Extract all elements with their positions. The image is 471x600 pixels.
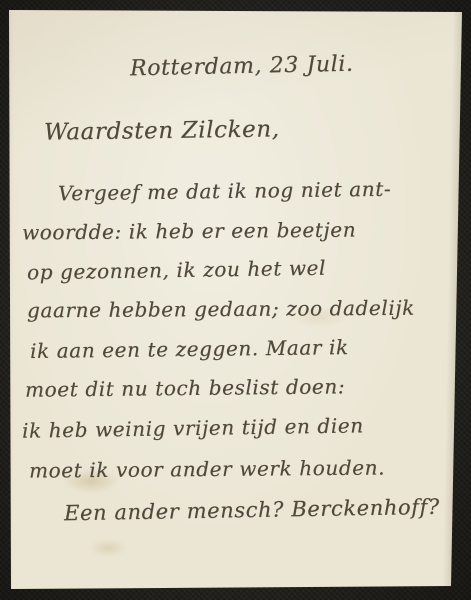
paper-stain [88, 538, 128, 558]
letter-sheet: Rotterdam, 23 Juli. Waardsten Zilcken, V… [0, 0, 471, 600]
letter-body-line-4: gaarne hebben gedaan; zoo dadelijk [27, 296, 415, 323]
letter-salutation: Waardsten Zilcken, [44, 116, 280, 145]
letter-body-line-1: Vergeef me dat ik nog niet ant- [58, 177, 391, 206]
letter-body-line-3: op gezonnen, ik zou het wel [27, 256, 326, 285]
letter-body-line-6: moet dit nu toch beslist doen: [25, 374, 345, 401]
letter-body-line-5: ik aan een te zeggen. Maar ik [30, 335, 349, 363]
photograph-background: Rotterdam, 23 Juli. Waardsten Zilcken, V… [0, 0, 471, 600]
letter-body-line-7: ik heb weinig vrijen tijd en dien [22, 413, 364, 442]
letter-closing-line: Een ander mensch? Berckenhoff? [64, 495, 440, 526]
letter-body-line-8: moet ik voor ander werk houden. [29, 455, 385, 482]
letter-body-line-2: woordde: ik heb er een beetjen [22, 218, 356, 245]
letter-dateline: Rotterdam, 23 Juli. [130, 52, 354, 82]
paper-fold-edge [442, 8, 467, 592]
